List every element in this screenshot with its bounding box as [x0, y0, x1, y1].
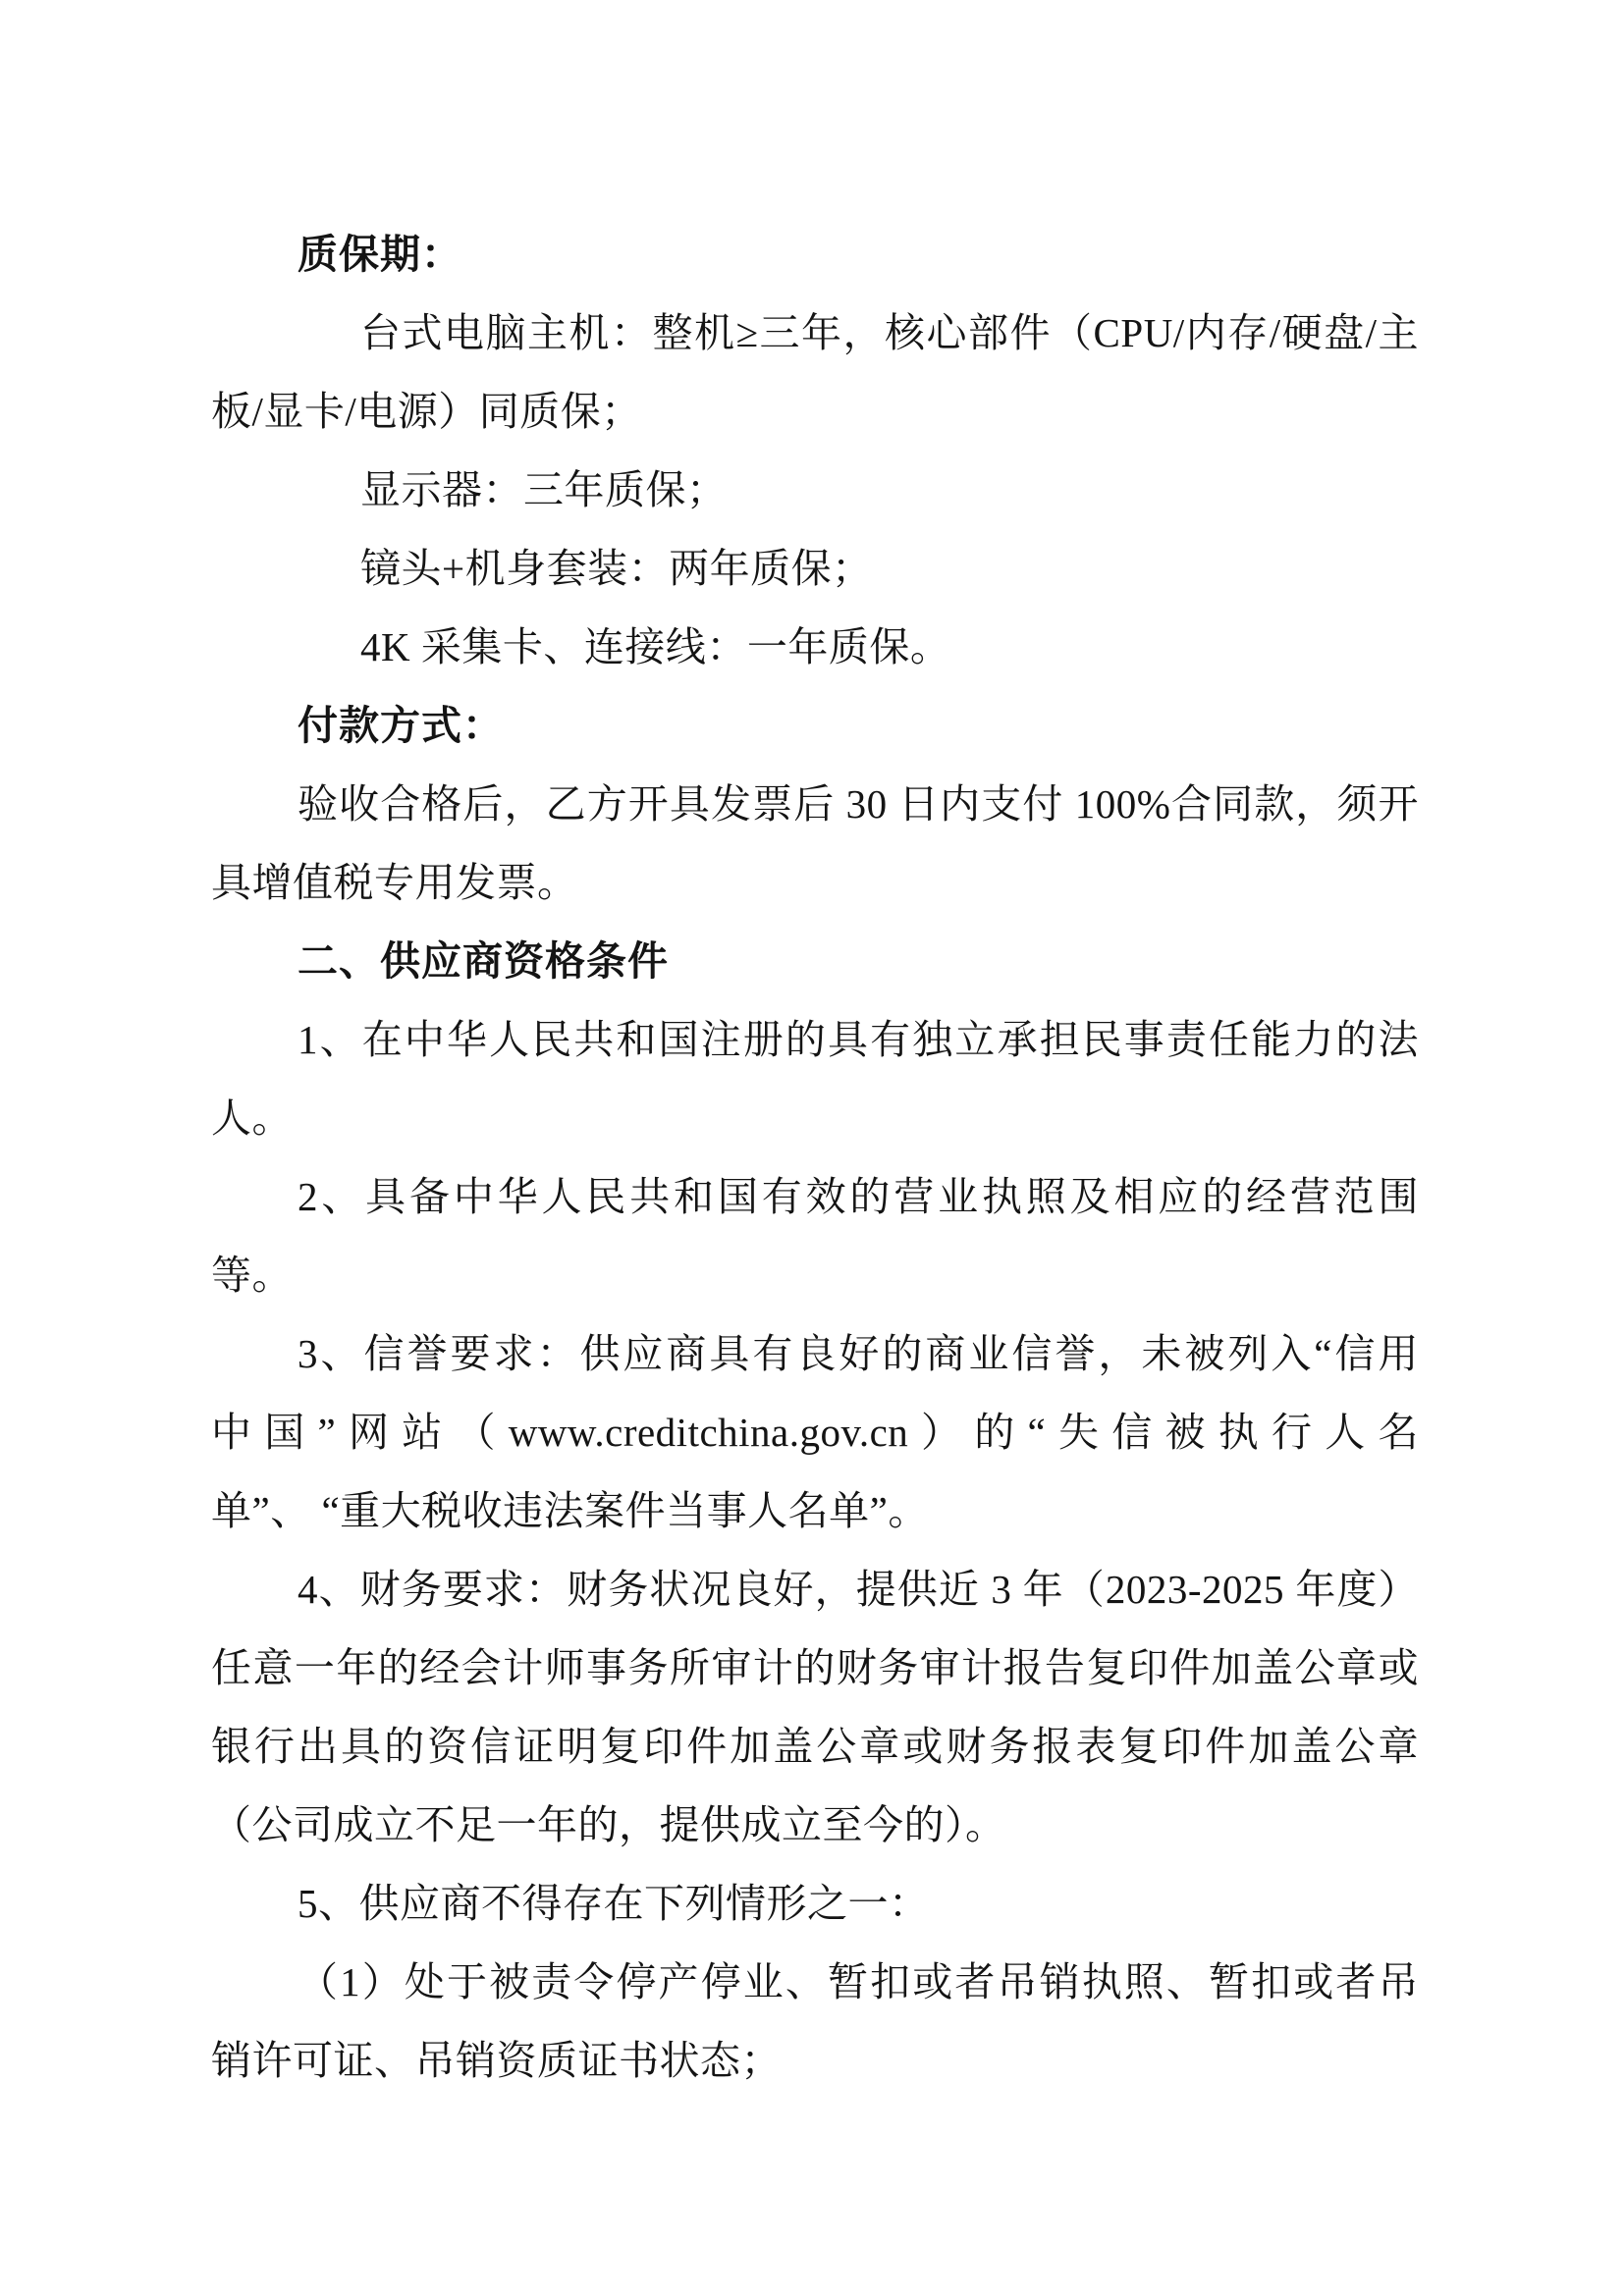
- warranty-heading: 质保期：: [211, 215, 1419, 294]
- payment-line2: 具增值税专用发票。: [211, 843, 1419, 922]
- document-page: 质保期： 台式电脑主机：整机≥三年，核心部件（CPU/内存/硬盘/主 板/显卡/…: [0, 0, 1624, 2296]
- qualification-item1-line1: 1、在中华人民共和国注册的具有独立承担民事责任能力的法: [211, 1000, 1419, 1079]
- qualification-item3-line1: 3、信誉要求：供应商具有良好的商业信誉，未被列入“信用: [211, 1314, 1419, 1393]
- warranty-capture-card: 4K 采集卡、连接线：一年质保。: [211, 608, 1419, 686]
- qualification-heading: 二、供应商资格条件: [211, 922, 1419, 1000]
- warranty-lens-kit: 镜头+机身套装：两年质保；: [211, 529, 1419, 608]
- warranty-desktop-line2: 板/显卡/电源）同质保；: [211, 372, 1419, 451]
- qualification-item4-line3: 银行出具的资信证明复印件加盖公章或财务报表复印件加盖公章: [211, 1707, 1419, 1786]
- qualification-item4-line2: 任意一年的经会计师事务所审计的财务审计报告复印件加盖公章或: [211, 1629, 1419, 1707]
- qualification-item4-line1: 4、财务要求：财务状况良好，提供近 3 年（2023-2025 年度）: [211, 1550, 1419, 1629]
- qualification-item4-line4: （公司成立不足一年的，提供成立至今的）。: [211, 1786, 1419, 1864]
- qualification-item1-line2: 人。: [211, 1079, 1419, 1157]
- qualification-item5-sub1-line1: （1）处于被责令停产停业、暂扣或者吊销执照、暂扣或者吊: [211, 1943, 1419, 2021]
- qualification-item5-sub1-line2: 销许可证、吊销资质证书状态；: [211, 2021, 1419, 2100]
- qualification-item5-line1: 5、供应商不得存在下列情形之一：: [211, 1864, 1419, 1943]
- qualification-item3-line2: 中国”网站（www.creditchina.gov.cn）的“失信被执行人名: [211, 1393, 1419, 1471]
- warranty-monitor: 显示器：三年质保；: [211, 451, 1419, 529]
- qualification-item2-line2: 等。: [211, 1236, 1419, 1314]
- payment-heading: 付款方式：: [211, 686, 1419, 765]
- warranty-desktop-line1: 台式电脑主机：整机≥三年，核心部件（CPU/内存/硬盘/主: [211, 294, 1419, 372]
- payment-line1: 验收合格后，乙方开具发票后 30 日内支付 100%合同款，须开: [211, 765, 1419, 843]
- qualification-item2-line1: 2、具备中华人民共和国有效的营业执照及相应的经营范围: [211, 1157, 1419, 1236]
- document-text-block: 质保期： 台式电脑主机：整机≥三年，核心部件（CPU/内存/硬盘/主 板/显卡/…: [211, 215, 1419, 2100]
- qualification-item3-line3: 单”、 “重大税收违法案件当事人名单”。: [211, 1471, 1419, 1550]
